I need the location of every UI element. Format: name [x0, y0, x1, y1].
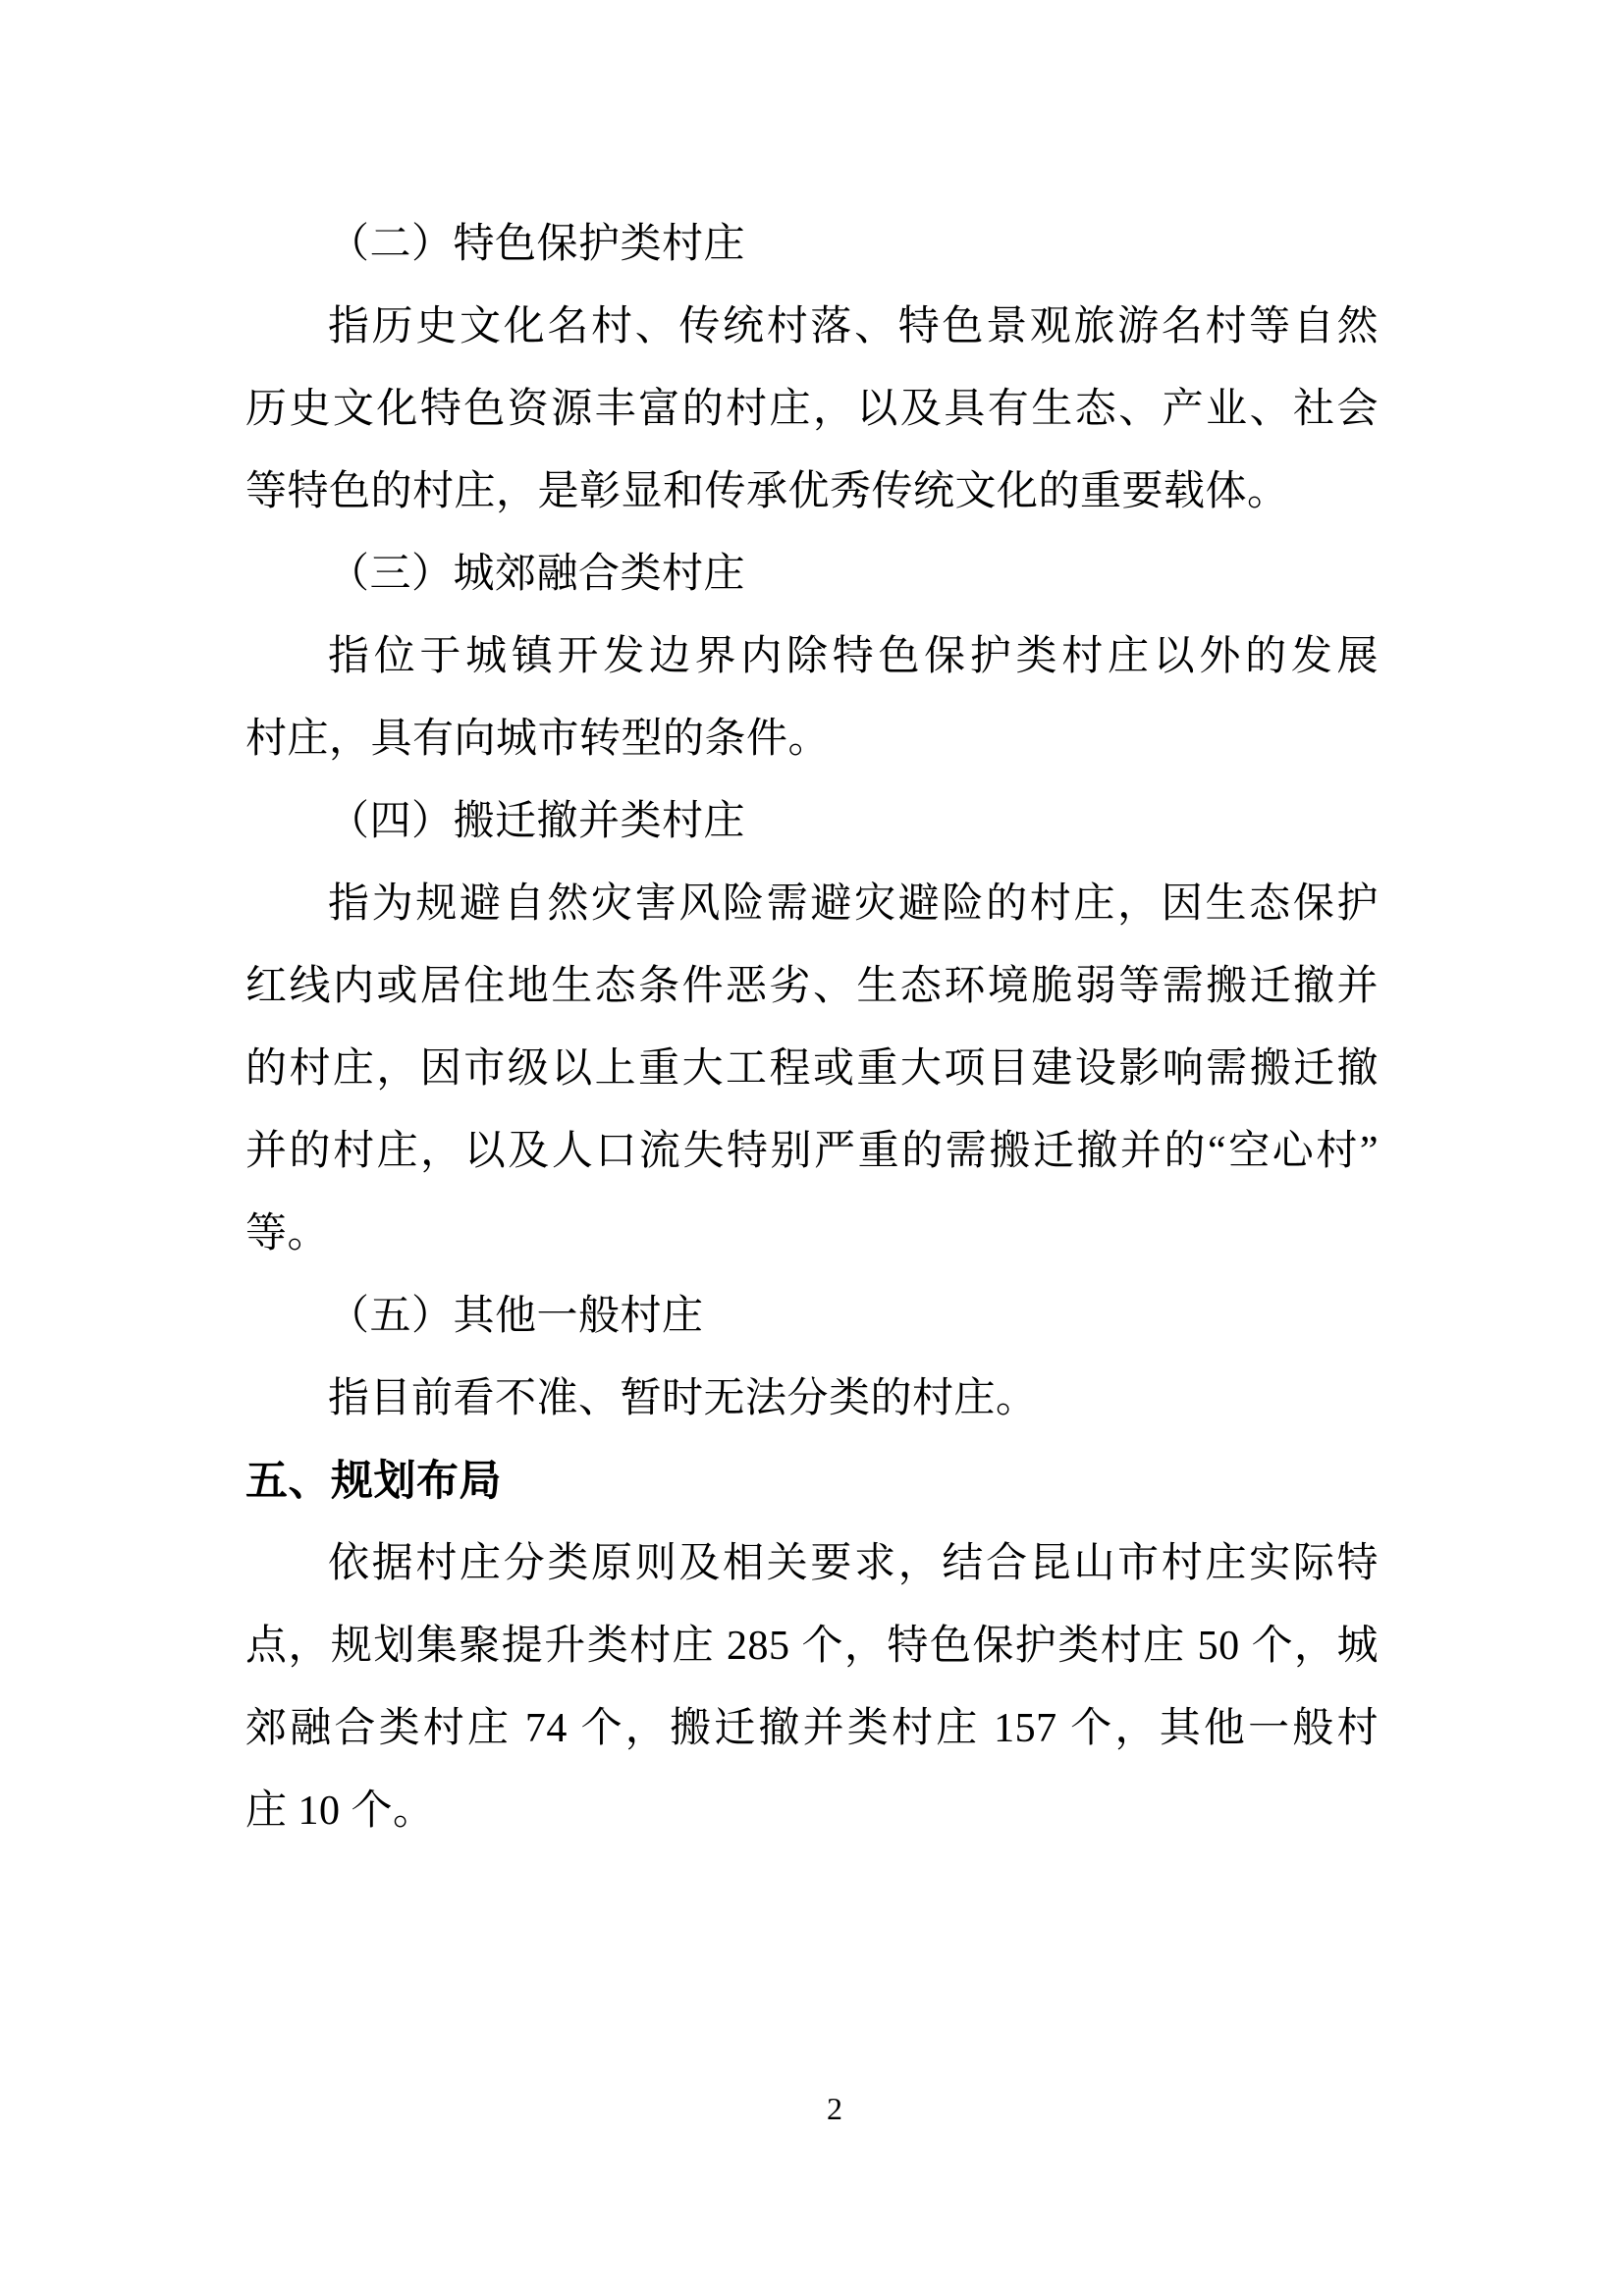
paragraph-relocation-line-5: 等。	[245, 1193, 1379, 1275]
text-block: （二）特色保护类村庄 指历史文化名村、传统村落、特色景观旅游名村等自然 历史文化…	[245, 203, 1379, 1852]
paragraph-planning-line-2: 点，规划集聚提升类村庄 285 个，特色保护类村庄 50 个，城	[245, 1605, 1379, 1687]
document-page: （二）特色保护类村庄 指历史文化名村、传统村落、特色景观旅游名村等自然 历史文化…	[0, 0, 1624, 2296]
subheading-relocation-merger: （四）搬迁撤并类村庄	[245, 780, 1379, 863]
section-heading-planning-layout: 五、规划布局	[245, 1440, 1379, 1522]
paragraph-relocation-line-3: 的村庄，因市级以上重大工程或重大项目建设影响需搬迁撤	[245, 1028, 1379, 1110]
page-number: 2	[0, 2089, 1624, 2128]
paragraph-relocation-line-1: 指为规避自然灾害风险需避灾避险的村庄，因生态保护	[245, 863, 1379, 945]
paragraph-planning-line-1: 依据村庄分类原则及相关要求，结合昆山市村庄实际特	[245, 1522, 1379, 1605]
paragraph-planning-line-3: 郊融合类村庄 74 个，搬迁撤并类村庄 157 个，其他一般村	[245, 1687, 1379, 1770]
paragraph-other-general-line-1: 指目前看不准、暂时无法分类的村庄。	[245, 1358, 1379, 1440]
subheading-special-protection: （二）特色保护类村庄	[245, 203, 1379, 286]
paragraph-urban-suburb-line-2: 村庄，具有向城市转型的条件。	[245, 698, 1379, 780]
paragraph-special-protection-line-3: 等特色的村庄，是彰显和传承优秀传统文化的重要载体。	[245, 451, 1379, 533]
paragraph-planning-line-4: 庄 10 个。	[245, 1770, 1379, 1852]
paragraph-relocation-line-2: 红线内或居住地生态条件恶劣、生态环境脆弱等需搬迁撤并	[245, 945, 1379, 1028]
paragraph-special-protection-line-1: 指历史文化名村、传统村落、特色景观旅游名村等自然	[245, 286, 1379, 368]
subheading-other-general: （五）其他一般村庄	[245, 1275, 1379, 1358]
paragraph-urban-suburb-line-1: 指位于城镇开发边界内除特色保护类村庄以外的发展	[245, 615, 1379, 698]
paragraph-special-protection-line-2: 历史文化特色资源丰富的村庄，以及具有生态、产业、社会	[245, 368, 1379, 451]
subheading-urban-suburb-integration: （三）城郊融合类村庄	[245, 533, 1379, 615]
paragraph-relocation-line-4: 并的村庄，以及人口流失特别严重的需搬迁撤并的“空心村”	[245, 1110, 1379, 1193]
